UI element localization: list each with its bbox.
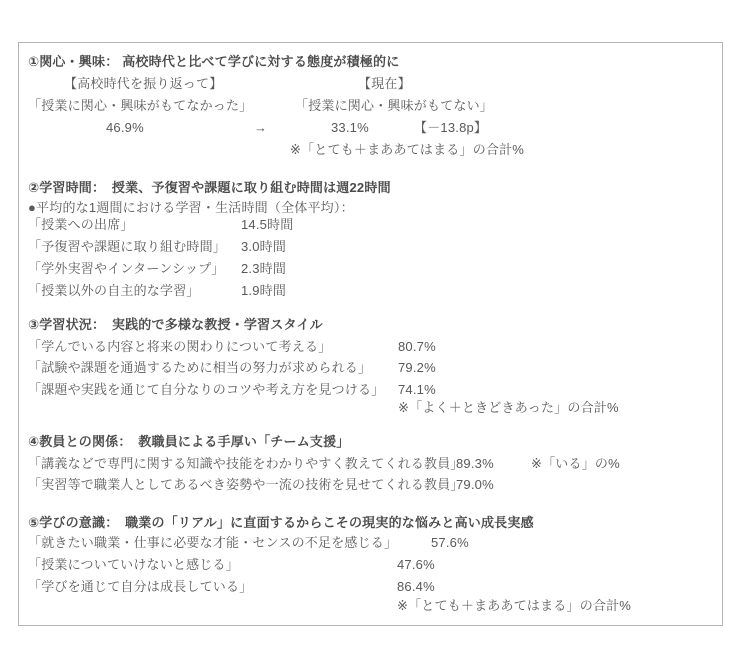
section5-note: ※「とても＋まああてはまる」の合計% [397,597,631,614]
row-value: 79.0% [456,476,494,493]
section5-title: ⑤学びの意識： 職業の「リアル」に直面するからこその現実的な悩みと高い成長実感 [28,514,534,531]
row-label: 「学んでいる内容と将来の関わりについて考える」 [28,338,331,355]
section2-title: ②学習時間： 授業、予復習や課題に取り組む時間は週22時間 [28,179,391,196]
row-value: 79.2% [398,359,436,376]
row-label: 「学びを通じて自分は成長している」 [28,578,252,595]
row-note: ※「いる」の% [531,455,620,472]
row-label: 「実習等で職業人としてあるべき姿勢や一流の技術を見せてくれる教員」 [28,476,464,493]
row-label: 「予復習や課題に取り組む時間」 [28,238,226,255]
row-label: 「授業への出席」 [28,216,134,233]
section1-diff-value: 【－13.8p】 [414,119,487,136]
row-value: 89.3% [456,455,494,472]
survey-summary-panel: ①関心・興味： 高校時代と比べて学びに対する態度が積極的に 【高校時代を振り返っ… [18,42,723,626]
section3-note: ※「よく＋ときどきあった」の合計% [398,399,619,416]
row-label: 「講義などで専門に関する知識や技能をわかりやすく教えてくれる教員」 [28,455,464,472]
section1-past-value: 46.9% [106,119,144,136]
row-label: 「学外実習やインターンシップ」 [28,260,225,277]
row-value: 3.0時間 [241,238,286,255]
row-value: 47.6% [397,556,435,573]
row-label: 「授業についていけないと感じる」 [28,556,239,573]
section2-subtitle: ●平均的な1週間における学習・生活時間（全体平均）： [28,199,354,216]
row-label: 「試験や課題を通過するために相当の努力が求められる」 [28,359,371,376]
section1-now-value: 33.1% [331,119,369,136]
section4-title: ④教員との関係： 教職員による手厚い「チーム支援」 [28,433,350,450]
row-label: 「就きたい職業・仕事に必要な才能・センスの不足を感じる」 [28,534,397,551]
row-value: 1.9時間 [241,282,286,299]
row-value: 14.5時間 [241,216,294,233]
section1-now-header: 【現在】 [358,75,411,92]
section3-title: ③学習状況： 実践的で多様な教授・学習スタイル [28,316,323,333]
row-value: 74.1% [398,381,436,398]
row-value: 57.6% [431,534,469,551]
row-value: 86.4% [397,578,435,595]
row-value: 2.3時間 [241,260,286,277]
row-label: 「授業以外の自主的な学習」 [28,282,200,299]
section1-title: ①関心・興味： 高校時代と比べて学びに対する態度が積極的に [28,53,399,70]
section1-past-header: 【高校時代を振り返って】 [64,75,222,92]
row-label: 「課題や実践を通じて自分なりのコツや考え方を見つける」 [28,381,384,398]
arrow-right-icon: → [254,119,267,136]
row-value: 80.7% [398,338,436,355]
section1-now-item: 「授業に関心・興味がもてない」 [295,97,493,114]
section1-note: ※「とても＋まああてはまる」の合計% [290,141,524,158]
section1-past-item: 「授業に関心・興味がもてなかった」 [28,97,252,114]
